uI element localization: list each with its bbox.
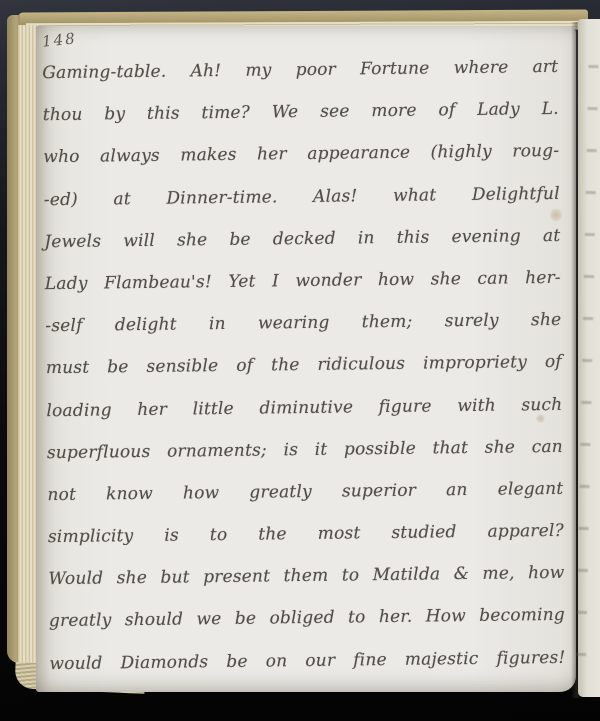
manuscript-line: -ed) at Dinner-time. Alas! what Delightf…	[44, 183, 560, 231]
handwritten-text-block: Gaming-table. Ah! my poor Fortune where …	[42, 57, 566, 696]
manuscript-line: Would she but present them to Matilda & …	[48, 563, 564, 611]
manuscript-line: greatly should we be obliged to her. How…	[49, 605, 565, 653]
manuscript-line: superfluous ornaments; is it possible th…	[47, 437, 563, 485]
manuscript-line: who always makes her appearance (highly …	[43, 141, 559, 189]
foxing-stain	[550, 208, 562, 222]
page-number: 148	[41, 29, 77, 51]
manuscript-line: thou by this time? We see more of Lady L…	[43, 99, 559, 147]
foxing-stain	[536, 414, 545, 423]
page-stack-left-edge	[18, 25, 38, 679]
manuscript-line: not know how greatly superior an elegant	[47, 479, 563, 527]
manuscript-line: simplicity is to the most studied appare…	[48, 521, 564, 569]
manuscript-page: 148 Gaming-table. Ah! my poor Fortune wh…	[36, 26, 576, 692]
facing-page-text-fragments	[575, 51, 598, 691]
manuscript-line: Gaming-table. Ah! my poor Fortune where …	[42, 57, 558, 105]
manuscript-line: Lady Flambeau's! Yet I wonder how she ca…	[45, 268, 561, 316]
manuscript-line: -self delight in wearing them; surely sh…	[45, 310, 561, 358]
manuscript-line: must be sensible of the ridiculous impro…	[46, 352, 562, 400]
facing-page-sliver	[578, 19, 600, 697]
manuscript-line: would Diamonds be on our fine majestic f…	[49, 647, 565, 695]
manuscript-line: loading her little diminutive figure wit…	[46, 394, 562, 442]
manuscript-line: Jewels will she be decked in this evenin…	[44, 226, 560, 274]
photo-background: 148 Gaming-table. Ah! my poor Fortune wh…	[0, 0, 600, 721]
